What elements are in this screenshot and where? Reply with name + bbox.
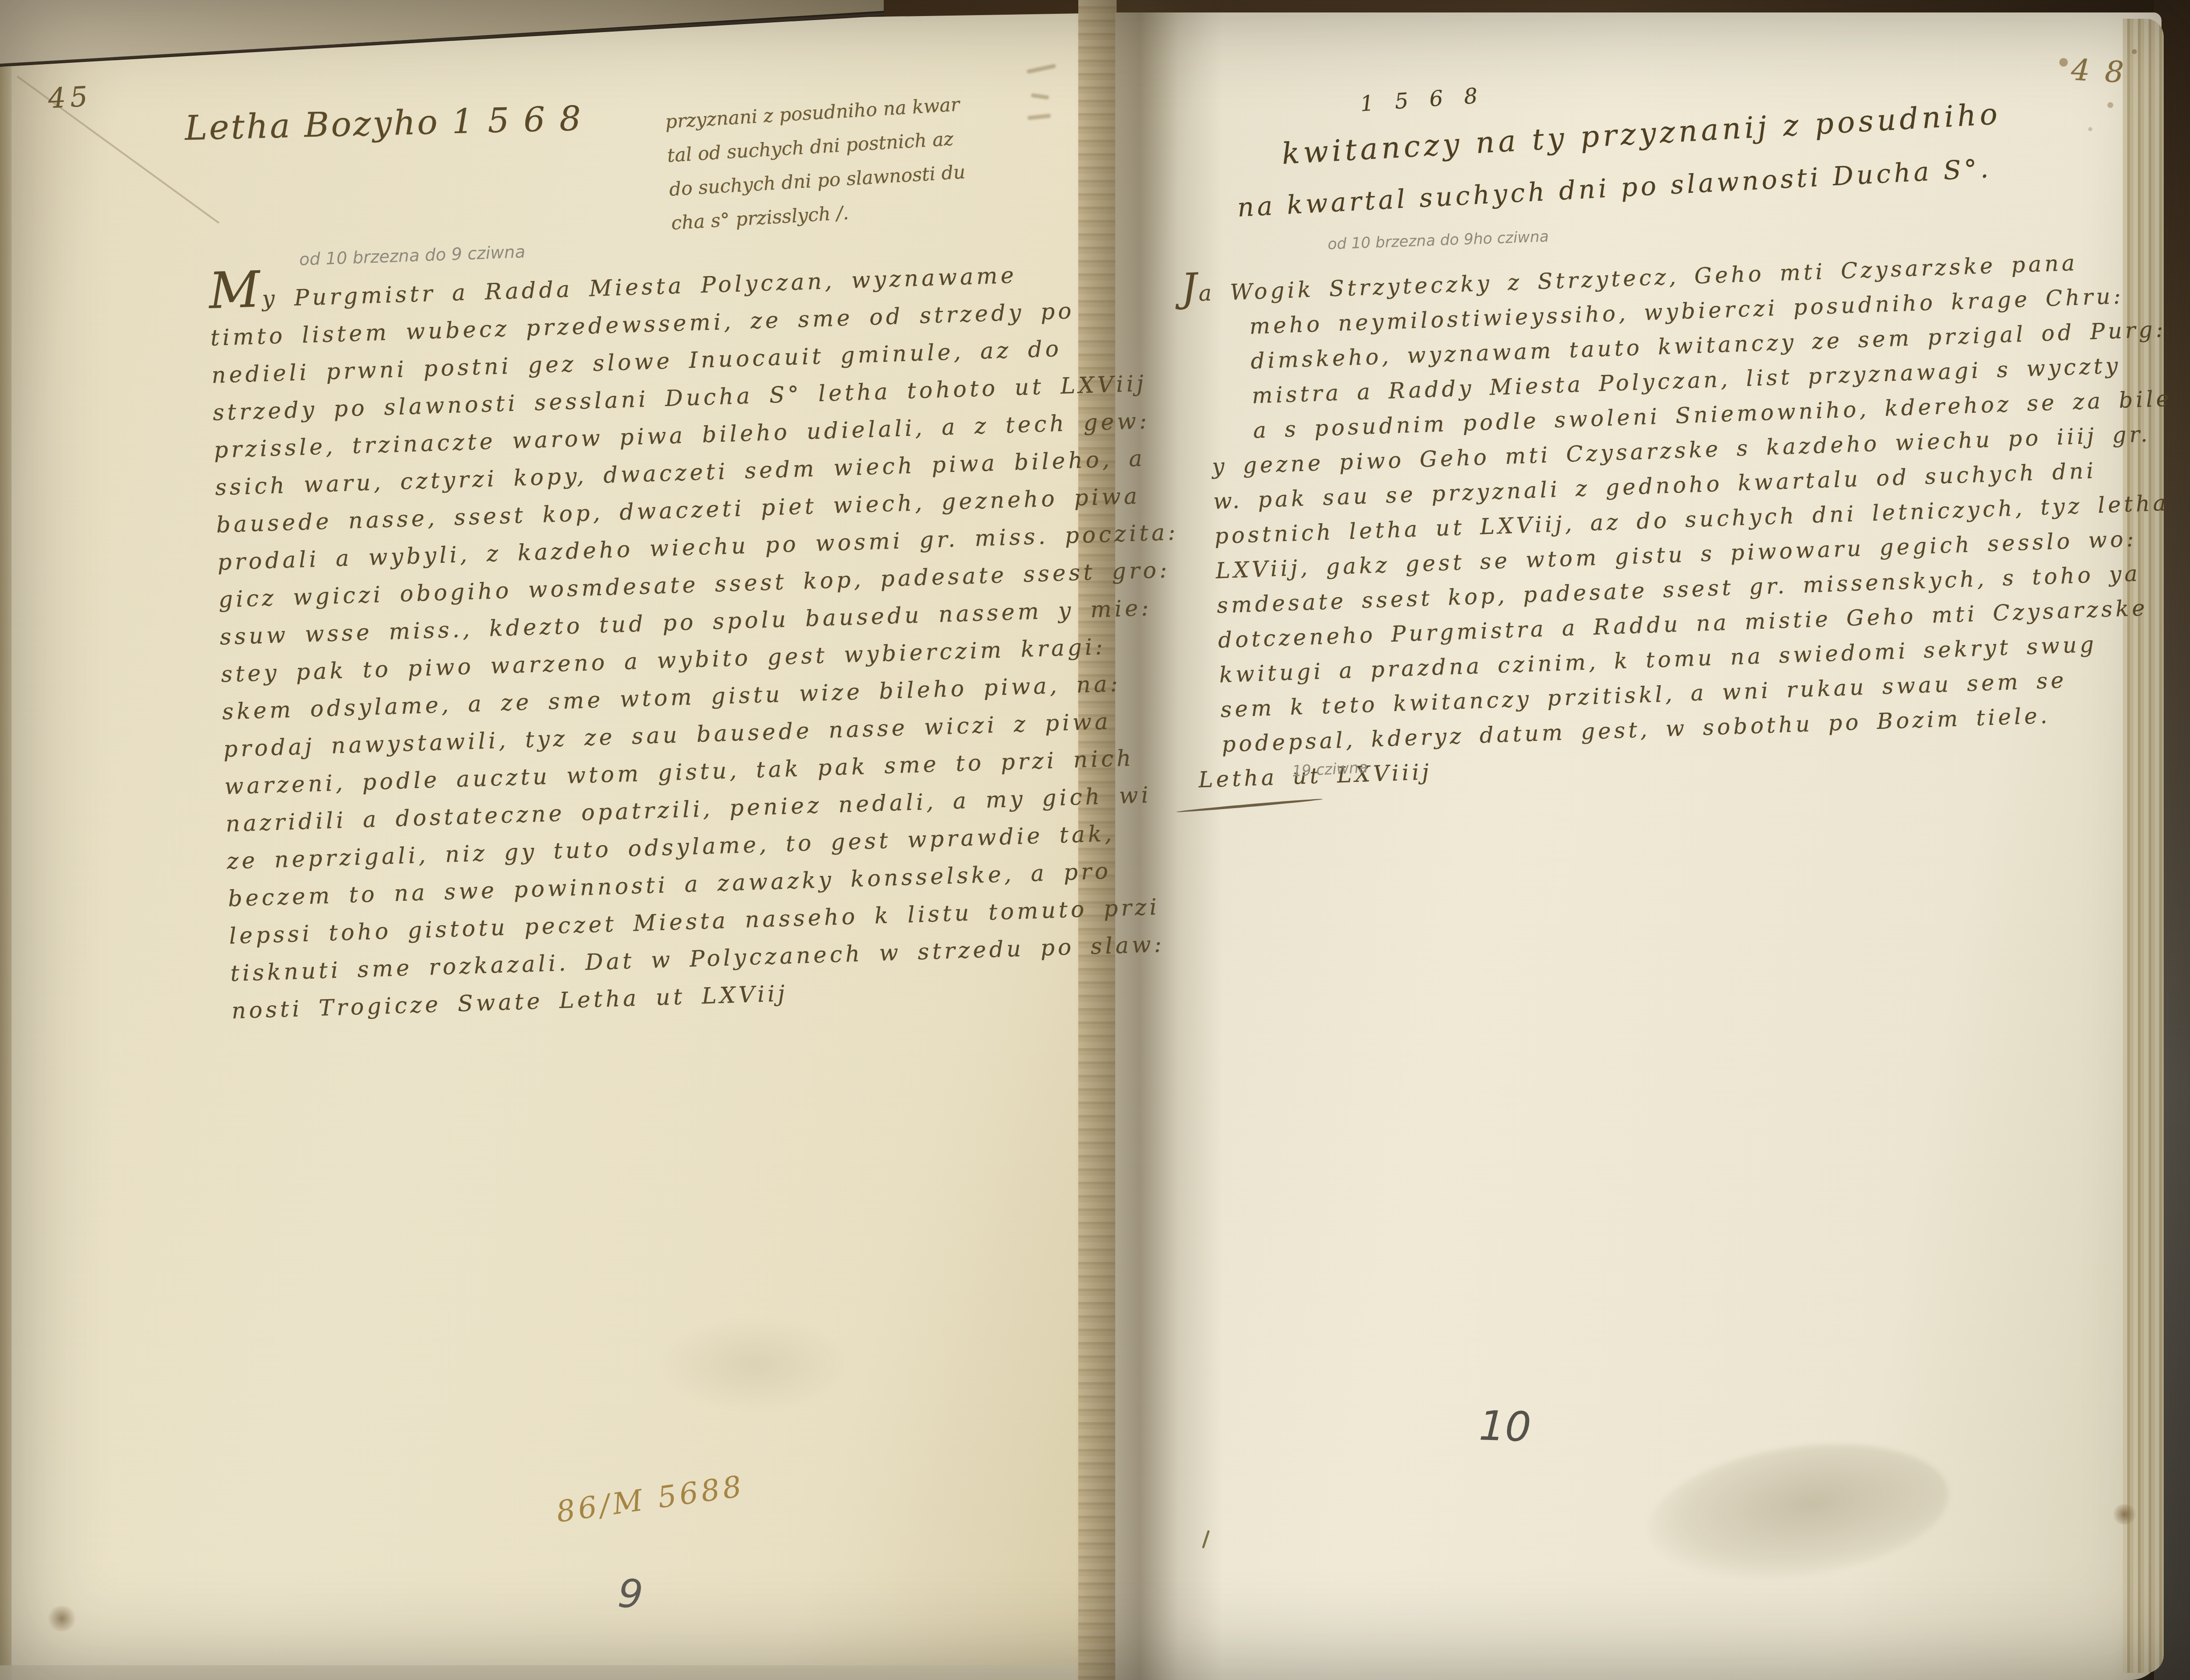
- right-folio-number: 48: [2070, 53, 2140, 90]
- left-folio-number: 45: [47, 80, 93, 114]
- left-page-outer-edge: [0, 67, 12, 1680]
- bottom-page-edge: [0, 1665, 1082, 1680]
- right-page-body-text: Ja Wogik Strzyteczky z Strzytecz, Geho m…: [1181, 236, 2185, 798]
- manuscript-scan: 45 Letha Bozyho 1 5 6 8 przyznani z posu…: [0, 0, 2190, 1680]
- left-pencil-page-number: 9: [616, 1570, 644, 1618]
- left-page-body-text: My Purgmistr a Radda Miesta Polyczan, wy…: [208, 242, 1193, 1029]
- left-margin-note: przyznani z posudniho na kwar tal od suc…: [664, 87, 968, 240]
- edge-spot: [46, 1606, 77, 1631]
- faint-stain: [659, 1318, 850, 1412]
- foxing-spots: [2030, 22, 2164, 156]
- edge-spot: [2111, 1504, 2138, 1525]
- right-pencil-page-number: 10: [1478, 1402, 1532, 1451]
